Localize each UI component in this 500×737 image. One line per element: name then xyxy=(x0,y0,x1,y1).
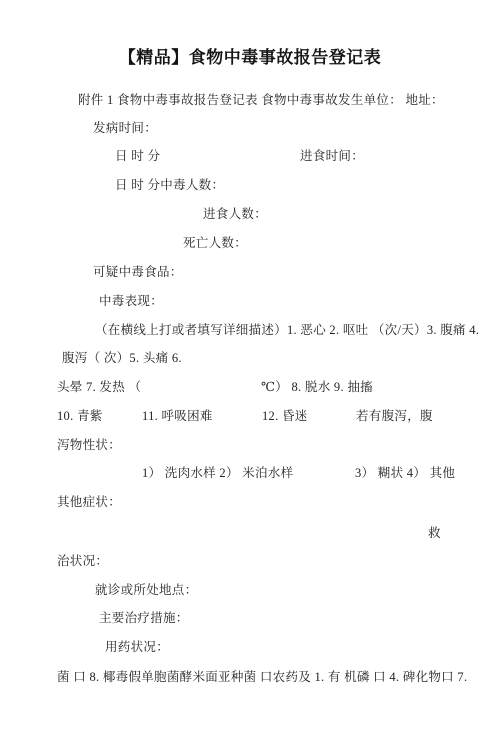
suspect-food-label: 可疑中毒食品： xyxy=(93,264,183,281)
dizzy-fever-item: 头晕 7. 发热 （ xyxy=(57,379,141,396)
attachment-header-line: 附件 1 食物中毒事故报告登记表 食物中毒事故发生单位： 地址： xyxy=(78,92,444,109)
if-diarrhea-note: 若有腹泻，腹 xyxy=(356,408,433,425)
fever-temp-item: ℃） 8. 脱水 9. 抽搐 xyxy=(261,379,373,396)
medication-label: 用药状况： xyxy=(105,639,169,656)
coma-item: 12. 昏迷 xyxy=(262,408,308,425)
eaters-count-label: 进食人数： xyxy=(203,206,267,223)
document-title: 【精品】食物中毒事故报告登记表 xyxy=(0,43,500,68)
rescue-wrap-char: 救 xyxy=(428,525,441,542)
eating-time-label: 进食时间： xyxy=(300,148,364,165)
treatment-status-label: 治状况： xyxy=(57,553,108,570)
cyanosis-item: 10. 青紫 xyxy=(57,408,103,425)
pathogen-checkbox-line: 菌 口 8. 椰毒假单胞菌酵米面亚种菌 口农药及 1. 有 机磷 口 4. 碑化… xyxy=(57,669,467,686)
document-page: 【精品】食物中毒事故报告登记表 附件 1 食物中毒事故报告登记表 食物中毒事故发… xyxy=(0,0,500,737)
stool-types-left: 1） 洗肉水样 2） 米泊水样 xyxy=(142,465,293,482)
visit-location-label: 就诊或所处地点： xyxy=(95,582,197,599)
stool-types-right: 3） 糊状 4） 其他 xyxy=(355,465,455,482)
death-count-label: 死亡人数： xyxy=(183,235,247,252)
diarrhea-item-line: 腹泻（ 次）5. 头痛 6. xyxy=(62,350,182,367)
breathing-item: 11. 呼吸困难 xyxy=(142,408,213,425)
onset-time-label: 发病时间： xyxy=(93,120,157,137)
other-symptoms-label: 其他症状： xyxy=(57,494,121,511)
poisoning-signs-label: 中毒表现： xyxy=(99,293,163,310)
signs-instruction-line: （在横线上打或者填写详细描述）1. 恶心 2. 呕吐 （次/天）3. 腹痛 4. xyxy=(95,322,479,339)
stool-character-label: 泻物性状： xyxy=(57,437,121,454)
main-treatment-label: 主要治疗措施： xyxy=(99,610,189,627)
day-hour-minute-poisoned-label: 日 时 分中毒人数： xyxy=(115,177,224,194)
day-hour-minute-label: 日 时 分 xyxy=(115,148,160,165)
